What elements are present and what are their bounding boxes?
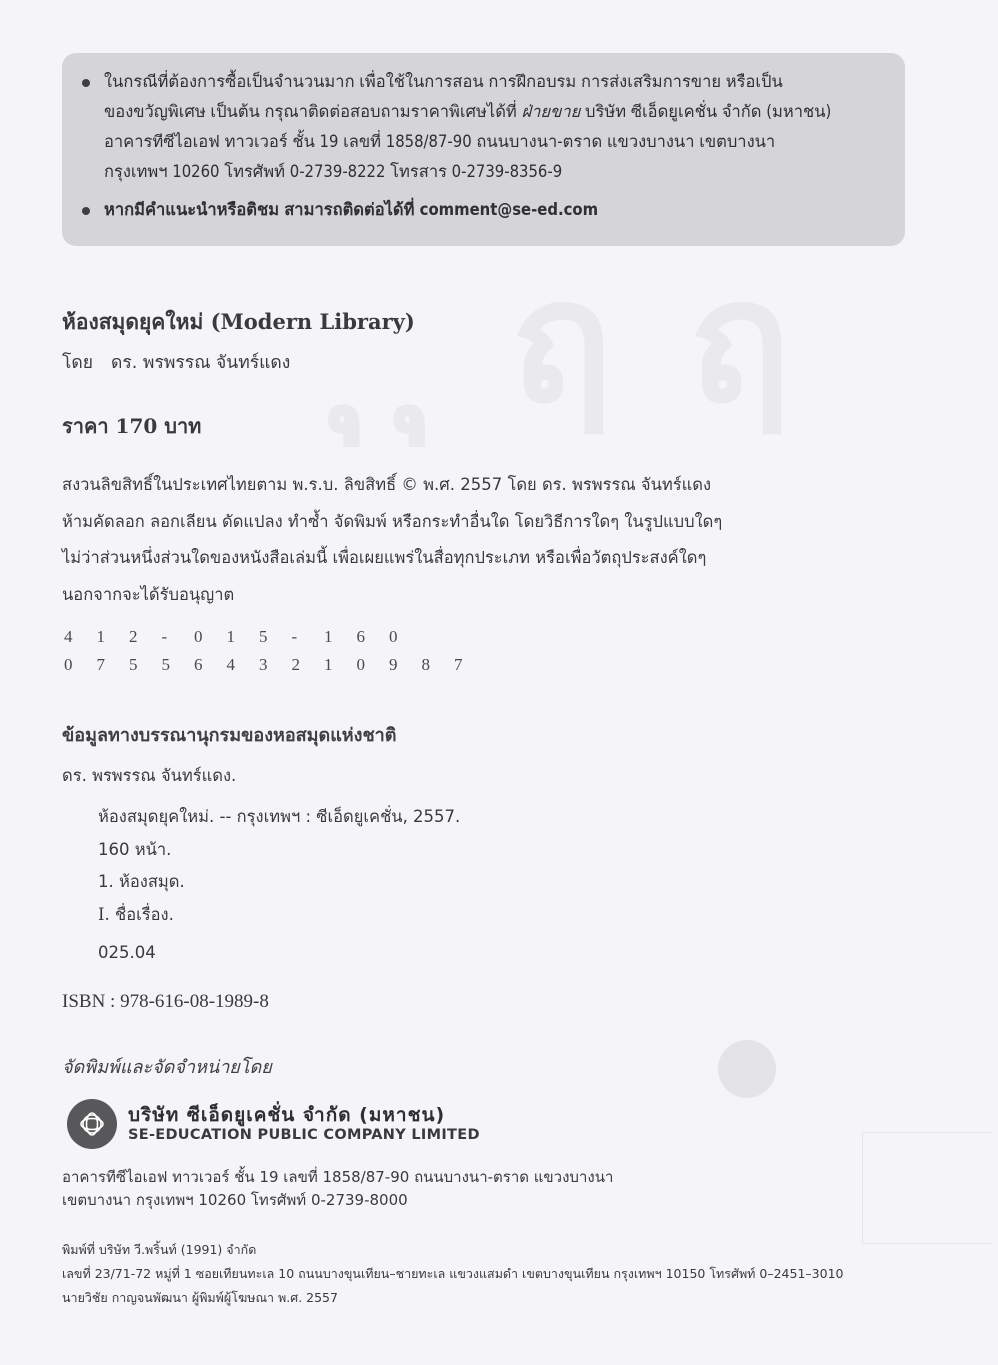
print-code-digit: 7 xyxy=(97,655,130,675)
bullet-icon xyxy=(82,79,90,87)
distributed-by-label: จัดพิมพ์และจัดจำหน่ายโดย xyxy=(62,1052,272,1081)
publisher-name-th: บริษัท ซีเอ็ดยูเคชั่น จำกัด (มหาชน) xyxy=(128,1100,445,1130)
print-code-digit: 0 xyxy=(389,627,422,647)
cip-author: ดร. พรพรรณ จันทร์แดง. xyxy=(62,763,236,789)
print-code-digit: 2 xyxy=(129,627,162,647)
bullet-icon xyxy=(82,207,90,215)
cip-title-entry: I. ชื่อเรื่อง. xyxy=(98,899,460,932)
print-code-digit: 0 xyxy=(64,655,97,675)
show-through-box xyxy=(862,1132,993,1244)
print-code-digit: 9 xyxy=(389,655,422,675)
print-code-digit: 1 xyxy=(324,627,357,647)
print-code-line-1: 412-015-160 xyxy=(64,627,422,647)
isbn: ISBN : 978-616-08-1989-8 xyxy=(62,991,269,1013)
print-code-digit: 3 xyxy=(259,655,292,675)
print-code-digit: 0 xyxy=(357,655,390,675)
print-code-digit: 2 xyxy=(292,655,325,675)
print-code-digit: 1 xyxy=(324,655,357,675)
print-code-digit: - xyxy=(162,627,195,647)
print-code-digit: 6 xyxy=(357,627,390,647)
copyright-notice: สงวนลิขสิทธิ์ในประเทศไทยตาม พ.ร.บ. ลิขสิ… xyxy=(62,467,962,613)
feedback-contact: หากมีคำแนะนำหรือติชม สามารถติดต่อได้ที่ … xyxy=(104,195,887,225)
print-code-line-2: 0755643210987 xyxy=(64,655,487,675)
print-code-digit: 5 xyxy=(129,655,162,675)
publisher-name-en: SE-EDUCATION PUBLIC COMPANY LIMITED xyxy=(128,1127,480,1143)
cip-subject: 1. ห้องสมุด. xyxy=(98,866,460,899)
cip-heading: ข้อมูลทางบรรณานุกรมของหอสมุดแห่งชาติ xyxy=(62,720,396,749)
print-code-digit: 5 xyxy=(259,627,292,647)
se-ed-knot-logo-icon xyxy=(67,1099,117,1149)
print-code-digit: 8 xyxy=(422,655,455,675)
cip-record: ห้องสมุดยุคใหม่. -- กรุงเทพฯ : ซีเอ็ดยูเ… xyxy=(98,801,460,970)
notice-item-feedback: หากมีคำแนะนำหรือติชม สามารถติดต่อได้ที่ … xyxy=(76,195,887,225)
book-author: โดยดร. พรพรรณ จันทร์แดง xyxy=(62,348,290,376)
print-code-digit: 4 xyxy=(64,627,97,647)
show-through-logo xyxy=(718,1040,776,1098)
cip-title-line: ห้องสมุดยุคใหม่. -- กรุงเทพฯ : ซีเอ็ดยูเ… xyxy=(98,801,460,834)
print-code-digit: 6 xyxy=(194,655,227,675)
cip-pages: 160 หน้า. xyxy=(98,834,460,867)
print-code-digit: 7 xyxy=(454,655,487,675)
print-code-digit: 0 xyxy=(194,627,227,647)
print-code-digit: - xyxy=(292,627,325,647)
print-code-digit: 1 xyxy=(227,627,260,647)
book-title: ห้องสมุดยุคใหม่ (Modern Library) xyxy=(62,306,415,339)
print-code-digit: 4 xyxy=(227,655,260,675)
publisher-address: อาคารทีซีไอเอฟ ทาวเวอร์ ชั้น 19 เลขที่ 1… xyxy=(62,1166,613,1212)
cip-classification: 025.04 xyxy=(98,937,460,970)
book-price: ราคา 170 บาท xyxy=(62,410,201,442)
purchase-notice-box: ในกรณีที่ต้องการซื้อเป็นจำนวนมาก เพื่อใช… xyxy=(62,53,905,246)
notice-item-bulk-purchase: ในกรณีที่ต้องการซื้อเป็นจำนวนมาก เพื่อใช… xyxy=(76,67,887,187)
printer-info: พิมพ์ที่ บริษัท วี.พริ้นท์ (1991) จำกัด … xyxy=(62,1238,843,1310)
print-code-digit: 5 xyxy=(162,655,195,675)
print-code-digit: 1 xyxy=(97,627,130,647)
